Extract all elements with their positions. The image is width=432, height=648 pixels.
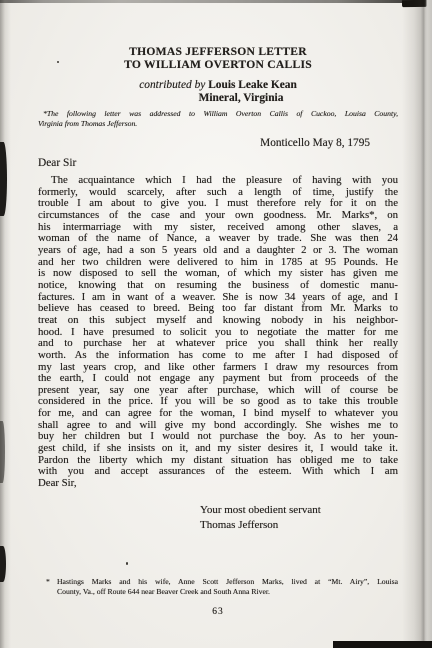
closing-line: Thomas Jefferson [200,518,398,533]
footnote-line: County, Va., off Route 644 near Beaver C… [57,587,398,597]
article-title-line1: THOMAS JEFFERSON LETTER [38,45,398,58]
letter-body: The acquaintance which I had the pleasur… [38,175,398,490]
dateline: Monticello May 8, 1795 [38,137,398,149]
page-number: 63 [38,607,398,617]
left-ink-blob-top [0,142,7,216]
page-content: THOMAS JEFFERSON LETTER TO WILLIAM OVERT… [38,0,398,648]
editor-note-line: *The following letter was addressed to W… [38,109,398,119]
footnote-lines: Hastings Marks and his wife, Anne Scott … [57,577,398,597]
letter-body-line: worth. As the information has come to me… [38,350,398,362]
footnote: * Hastings Marks and his wife, Anne Scot… [44,577,398,597]
article-title: THOMAS JEFFERSON LETTER TO WILLIAM OVERT… [38,45,398,71]
letter-body-line: notice, knowing that on resuming the bus… [38,280,398,292]
letter-body-line: treat on this subject myself and knowing… [38,315,398,327]
contributor-block: contributed by Louis Leake Kean Mineral,… [38,79,398,104]
left-ink-blob-middle [0,421,5,483]
scanned-page: THOMAS JEFFERSON LETTER TO WILLIAM OVERT… [0,0,432,648]
contributor-name: Louis Leake Kean [208,79,297,91]
editor-note-line: Virginia from Thomas Jefferson. [38,119,398,129]
letter-body-line: with you and accept assurances of the es… [38,466,398,478]
editor-note: *The following letter was addressed to W… [38,109,398,128]
letter-body-line: circumstances of the case and your own g… [38,210,398,222]
closing-line: Your most obedient servant [200,503,398,518]
letter-body-line: gest child, if she insists on it, and my… [38,443,398,455]
salutation: Dear Sir [38,157,398,169]
letter-body-line: years of age, had a son 5 years old and … [38,245,398,257]
closing-block: Your most obedient servantThomas Jeffers… [200,503,398,532]
footnote-marker: * [46,577,50,587]
article-title-line2: TO WILLIAM OVERTON CALLIS [38,58,398,71]
left-ink-blob-bottom [0,546,6,582]
contributed-by-line: contributed by Louis Leake Kean [38,79,398,92]
contributed-by-label: contributed by [139,79,205,91]
footnote-line: Hastings Marks and his wife, Anne Scott … [57,577,398,587]
letter-body-line: Dear Sir, [38,478,398,490]
letter-body-line: The acquaintance which I had the pleasur… [38,175,398,187]
contributor-location: Mineral, Virginia [61,92,421,105]
